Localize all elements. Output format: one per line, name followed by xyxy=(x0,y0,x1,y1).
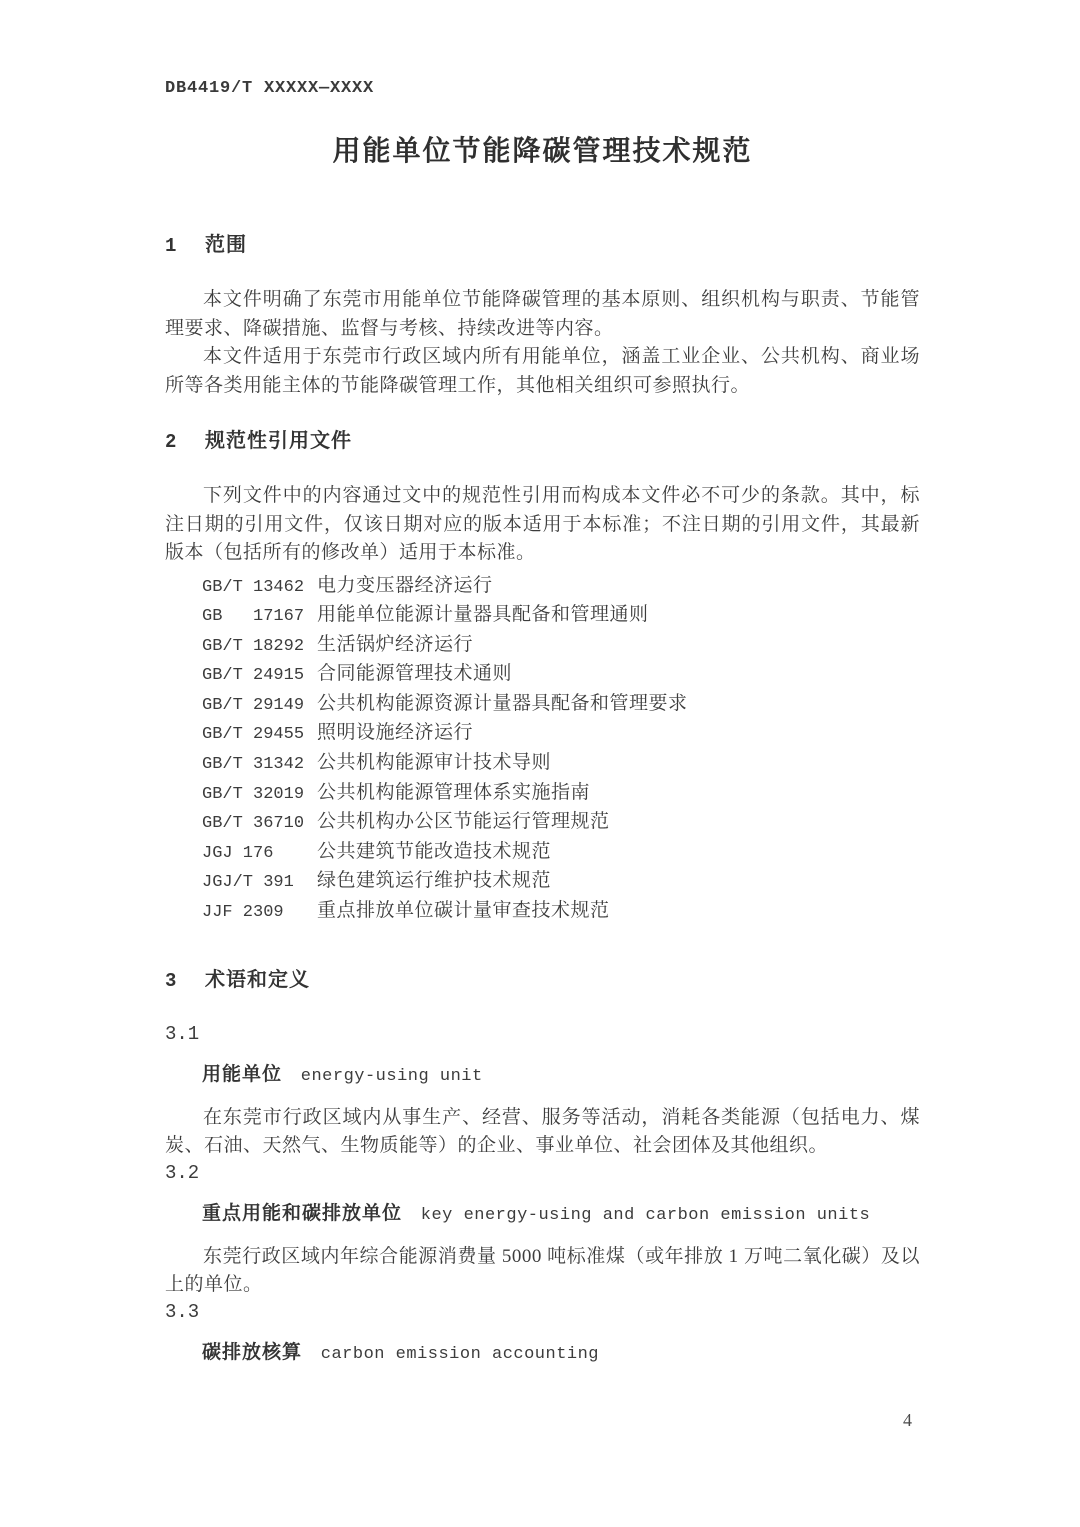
reference-code: GB/T 18292 xyxy=(202,633,317,661)
reference-item: JGJ 176 公共建筑节能改造技术规范 xyxy=(202,838,920,868)
reference-item: GB/T 32019 公共机构能源管理体系实施指南 xyxy=(202,779,920,809)
term-name-zh: 碳排放核算 xyxy=(202,1342,302,1363)
term-line: 重点用能和碳排放单位 key energy-using and carbon e… xyxy=(165,1201,920,1229)
reference-code: GB/T 24915 xyxy=(202,662,317,690)
term-block-3-3: 3.3 碳排放核算 carbon emission accounting xyxy=(165,1300,920,1368)
term-number: 3.2 xyxy=(165,1161,920,1185)
term-line: 用能单位 energy-using unit xyxy=(165,1062,920,1090)
term-block-3-1: 3.1 用能单位 energy-using unit 在东莞市行政区域内从事生产… xyxy=(165,1022,920,1161)
reference-item: GB/T 13462 电力变压器经济运行 xyxy=(202,572,920,602)
reference-item: JGJ/T 391 绿色建筑运行维护技术规范 xyxy=(202,867,920,897)
reference-title: 公共机构能源审计技术导则 xyxy=(317,749,551,777)
term-number: 3.3 xyxy=(165,1300,920,1324)
term-definition: 在东莞市行政区域内从事生产、经营、服务等活动，消耗各类能源（包括电力、煤炭、石油… xyxy=(165,1104,920,1161)
section-heading-scope: 1 范围 xyxy=(165,232,920,259)
term-line: 碳排放核算 carbon emission accounting xyxy=(165,1340,920,1368)
reference-title: 公共机构能源资源计量器具配备和管理要求 xyxy=(317,690,688,718)
section-number: 1 xyxy=(165,233,205,259)
scope-paragraph-2: 本文件适用于东莞市行政区域内所有用能单位，涵盖工业企业、公共机构、商业场所等各类… xyxy=(165,343,920,400)
reference-item: GB/T 31342 公共机构能源审计技术导则 xyxy=(202,749,920,779)
section-title: 规范性引用文件 xyxy=(205,428,352,454)
term-name-en: energy-using unit xyxy=(301,1067,483,1086)
reference-item: GB 17167 用能单位能源计量器具配备和管理通则 xyxy=(202,601,920,631)
reference-item: GB/T 29149 公共机构能源资源计量器具配备和管理要求 xyxy=(202,690,920,720)
term-definition: 东莞行政区域内年综合能源消费量 5000 吨标准煤（或年排放 1 万吨二氧化碳）… xyxy=(165,1243,920,1300)
reference-title: 照明设施经济运行 xyxy=(317,719,473,747)
section-normative-references: 2 规范性引用文件 下列文件中的内容通过文中的规范性引用而构成本文件必不可少的条… xyxy=(165,428,920,927)
reference-code: JGJ 176 xyxy=(202,840,317,868)
section-title: 术语和定义 xyxy=(205,967,310,993)
term-block-3-2: 3.2 重点用能和碳排放单位 key energy-using and carb… xyxy=(165,1161,920,1300)
reference-item: GB/T 29455 照明设施经济运行 xyxy=(202,719,920,749)
section-heading-terms: 3 术语和定义 xyxy=(165,967,920,994)
reference-title: 公共机构办公区节能运行管理规范 xyxy=(317,808,610,836)
reference-title: 电力变压器经济运行 xyxy=(317,572,493,600)
section-scope: 1 范围 本文件明确了东莞市用能单位节能降碳管理的基本原则、组织机构与职责、节能… xyxy=(165,232,920,400)
reference-code: GB/T 36710 xyxy=(202,810,317,838)
section-terms: 3 术语和定义 3.1 用能单位 energy-using unit 在东莞市行… xyxy=(165,967,920,1368)
reference-item: GB/T 18292 生活锅炉经济运行 xyxy=(202,631,920,661)
page-number: 4 xyxy=(903,1410,912,1431)
reference-list: GB/T 13462 电力变压器经济运行 GB 17167 用能单位能源计量器具… xyxy=(165,572,920,927)
reference-code: GB/T 29149 xyxy=(202,692,317,720)
reference-code: JJF 2309 xyxy=(202,899,317,927)
section-number: 3 xyxy=(165,968,205,994)
page-title: 用能单位节能降碳管理技术规范 xyxy=(165,132,920,170)
term-name-zh: 重点用能和碳排放单位 xyxy=(202,1203,402,1224)
section-heading-normative-references: 2 规范性引用文件 xyxy=(165,428,920,455)
reference-code: GB/T 29455 xyxy=(202,721,317,749)
reference-code: GB 17167 xyxy=(202,603,317,631)
doc-code: DB4419/T XXXXX—XXXX xyxy=(165,78,920,100)
term-name-zh: 用能单位 xyxy=(202,1064,282,1085)
reference-item: GB/T 24915 合同能源管理技术通则 xyxy=(202,660,920,690)
term-number: 3.1 xyxy=(165,1022,920,1046)
reference-item: GB/T 36710 公共机构办公区节能运行管理规范 xyxy=(202,808,920,838)
term-name-en: carbon emission accounting xyxy=(321,1345,599,1364)
reference-title: 公共机构能源管理体系实施指南 xyxy=(317,779,590,807)
term-name-en: key energy-using and carbon emission uni… xyxy=(421,1206,870,1225)
document-page: DB4419/T XXXXX—XXXX 用能单位节能降碳管理技术规范 1 范围 … xyxy=(0,0,1080,1527)
reference-item: JJF 2309 重点排放单位碳计量审查技术规范 xyxy=(202,897,920,927)
normative-references-intro: 下列文件中的内容通过文中的规范性引用而构成本文件必不可少的条款。其中，标注日期的… xyxy=(165,482,920,568)
scope-paragraph-1: 本文件明确了东莞市用能单位节能降碳管理的基本原则、组织机构与职责、节能管理要求、… xyxy=(165,286,920,343)
reference-title: 合同能源管理技术通则 xyxy=(317,660,512,688)
section-title: 范围 xyxy=(205,232,247,258)
reference-code: JGJ/T 391 xyxy=(202,869,317,897)
reference-title: 用能单位能源计量器具配备和管理通则 xyxy=(317,601,649,629)
reference-code: GB/T 13462 xyxy=(202,574,317,602)
reference-title: 重点排放单位碳计量审查技术规范 xyxy=(317,897,610,925)
reference-title: 公共建筑节能改造技术规范 xyxy=(317,838,551,866)
section-number: 2 xyxy=(165,429,205,455)
reference-title: 生活锅炉经济运行 xyxy=(317,631,473,659)
reference-code: GB/T 32019 xyxy=(202,781,317,809)
reference-code: GB/T 31342 xyxy=(202,751,317,779)
reference-title: 绿色建筑运行维护技术规范 xyxy=(317,867,551,895)
